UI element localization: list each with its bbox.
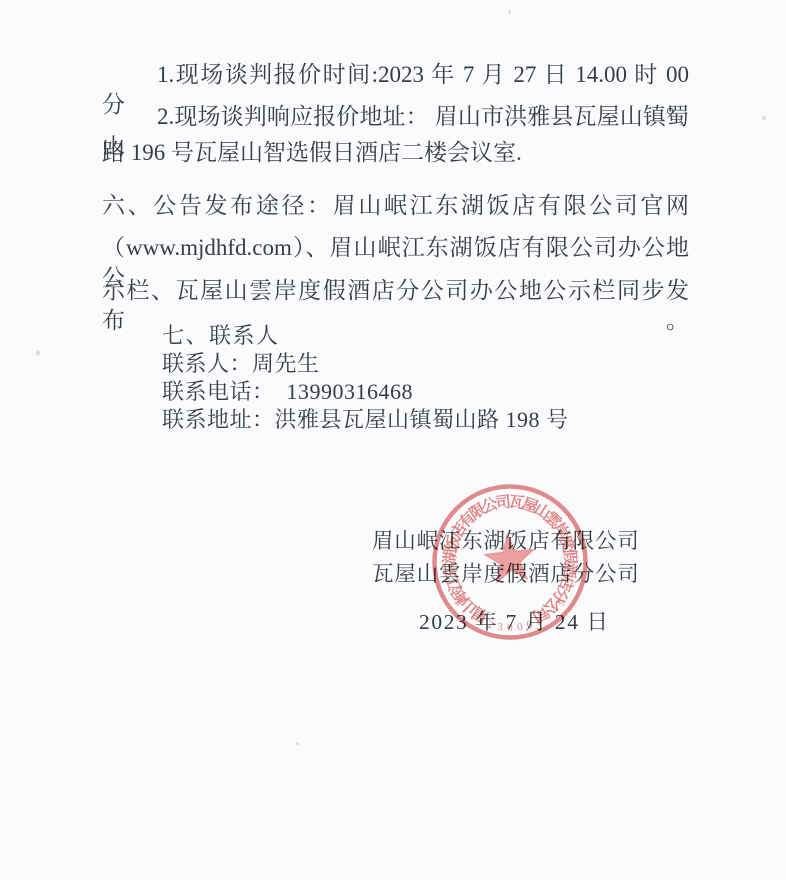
- scan-speckle: [296, 742, 299, 745]
- scan-speckle: [762, 116, 766, 120]
- svg-text:2: 2: [486, 618, 495, 631]
- para-negotiation-time: 1.现场谈判报价时间:2023 年 7 月 27 日 14.00 时 00 分。: [102, 60, 689, 90]
- contact-phone: 联系电话： 13990316468: [162, 378, 682, 406]
- svg-text:0: 0: [516, 621, 524, 634]
- official-seal: 眉山岷江东湖饭店有限公司瓦屋山雲岸度假酒店分公司 5114230003049: [424, 476, 596, 648]
- scan-speckle: [508, 10, 511, 14]
- section7-heading: 七、联系人: [162, 322, 682, 350]
- section6-publish-channels-line3: 示栏、瓦屋山雲岸度假酒店分公司办公地公示栏同步发布。: [102, 276, 689, 306]
- svg-text:0: 0: [507, 622, 513, 634]
- para-negotiation-address-line1: 2.现场谈判响应报价地址： 眉山市洪雅县瓦屋山镇蜀山: [102, 102, 689, 132]
- svg-text:0: 0: [525, 618, 534, 631]
- section6-publish-channels-line1: 六、公告发布途径：眉山岷江东湖饭店有限公司官网: [102, 191, 689, 221]
- para-negotiation-address-line2: 路 196 号瓦屋山智选假日酒店二楼会议室.: [102, 138, 689, 168]
- contact-address: 联系地址：洪雅县瓦屋山镇蜀山路 198 号: [162, 406, 682, 434]
- section6-publish-channels-line2: （www.mjdhfd.com）、眉山岷江东湖饭店有限公司办公地公: [102, 233, 689, 263]
- document-page: 1.现场谈判报价时间:2023 年 7 月 27 日 14.00 时 00 分。…: [0, 0, 786, 880]
- svg-text:3: 3: [496, 621, 504, 634]
- scan-speckle: [36, 350, 40, 356]
- contact-person: 联系人：周先生: [162, 350, 682, 378]
- seal-star-icon: [483, 532, 537, 584]
